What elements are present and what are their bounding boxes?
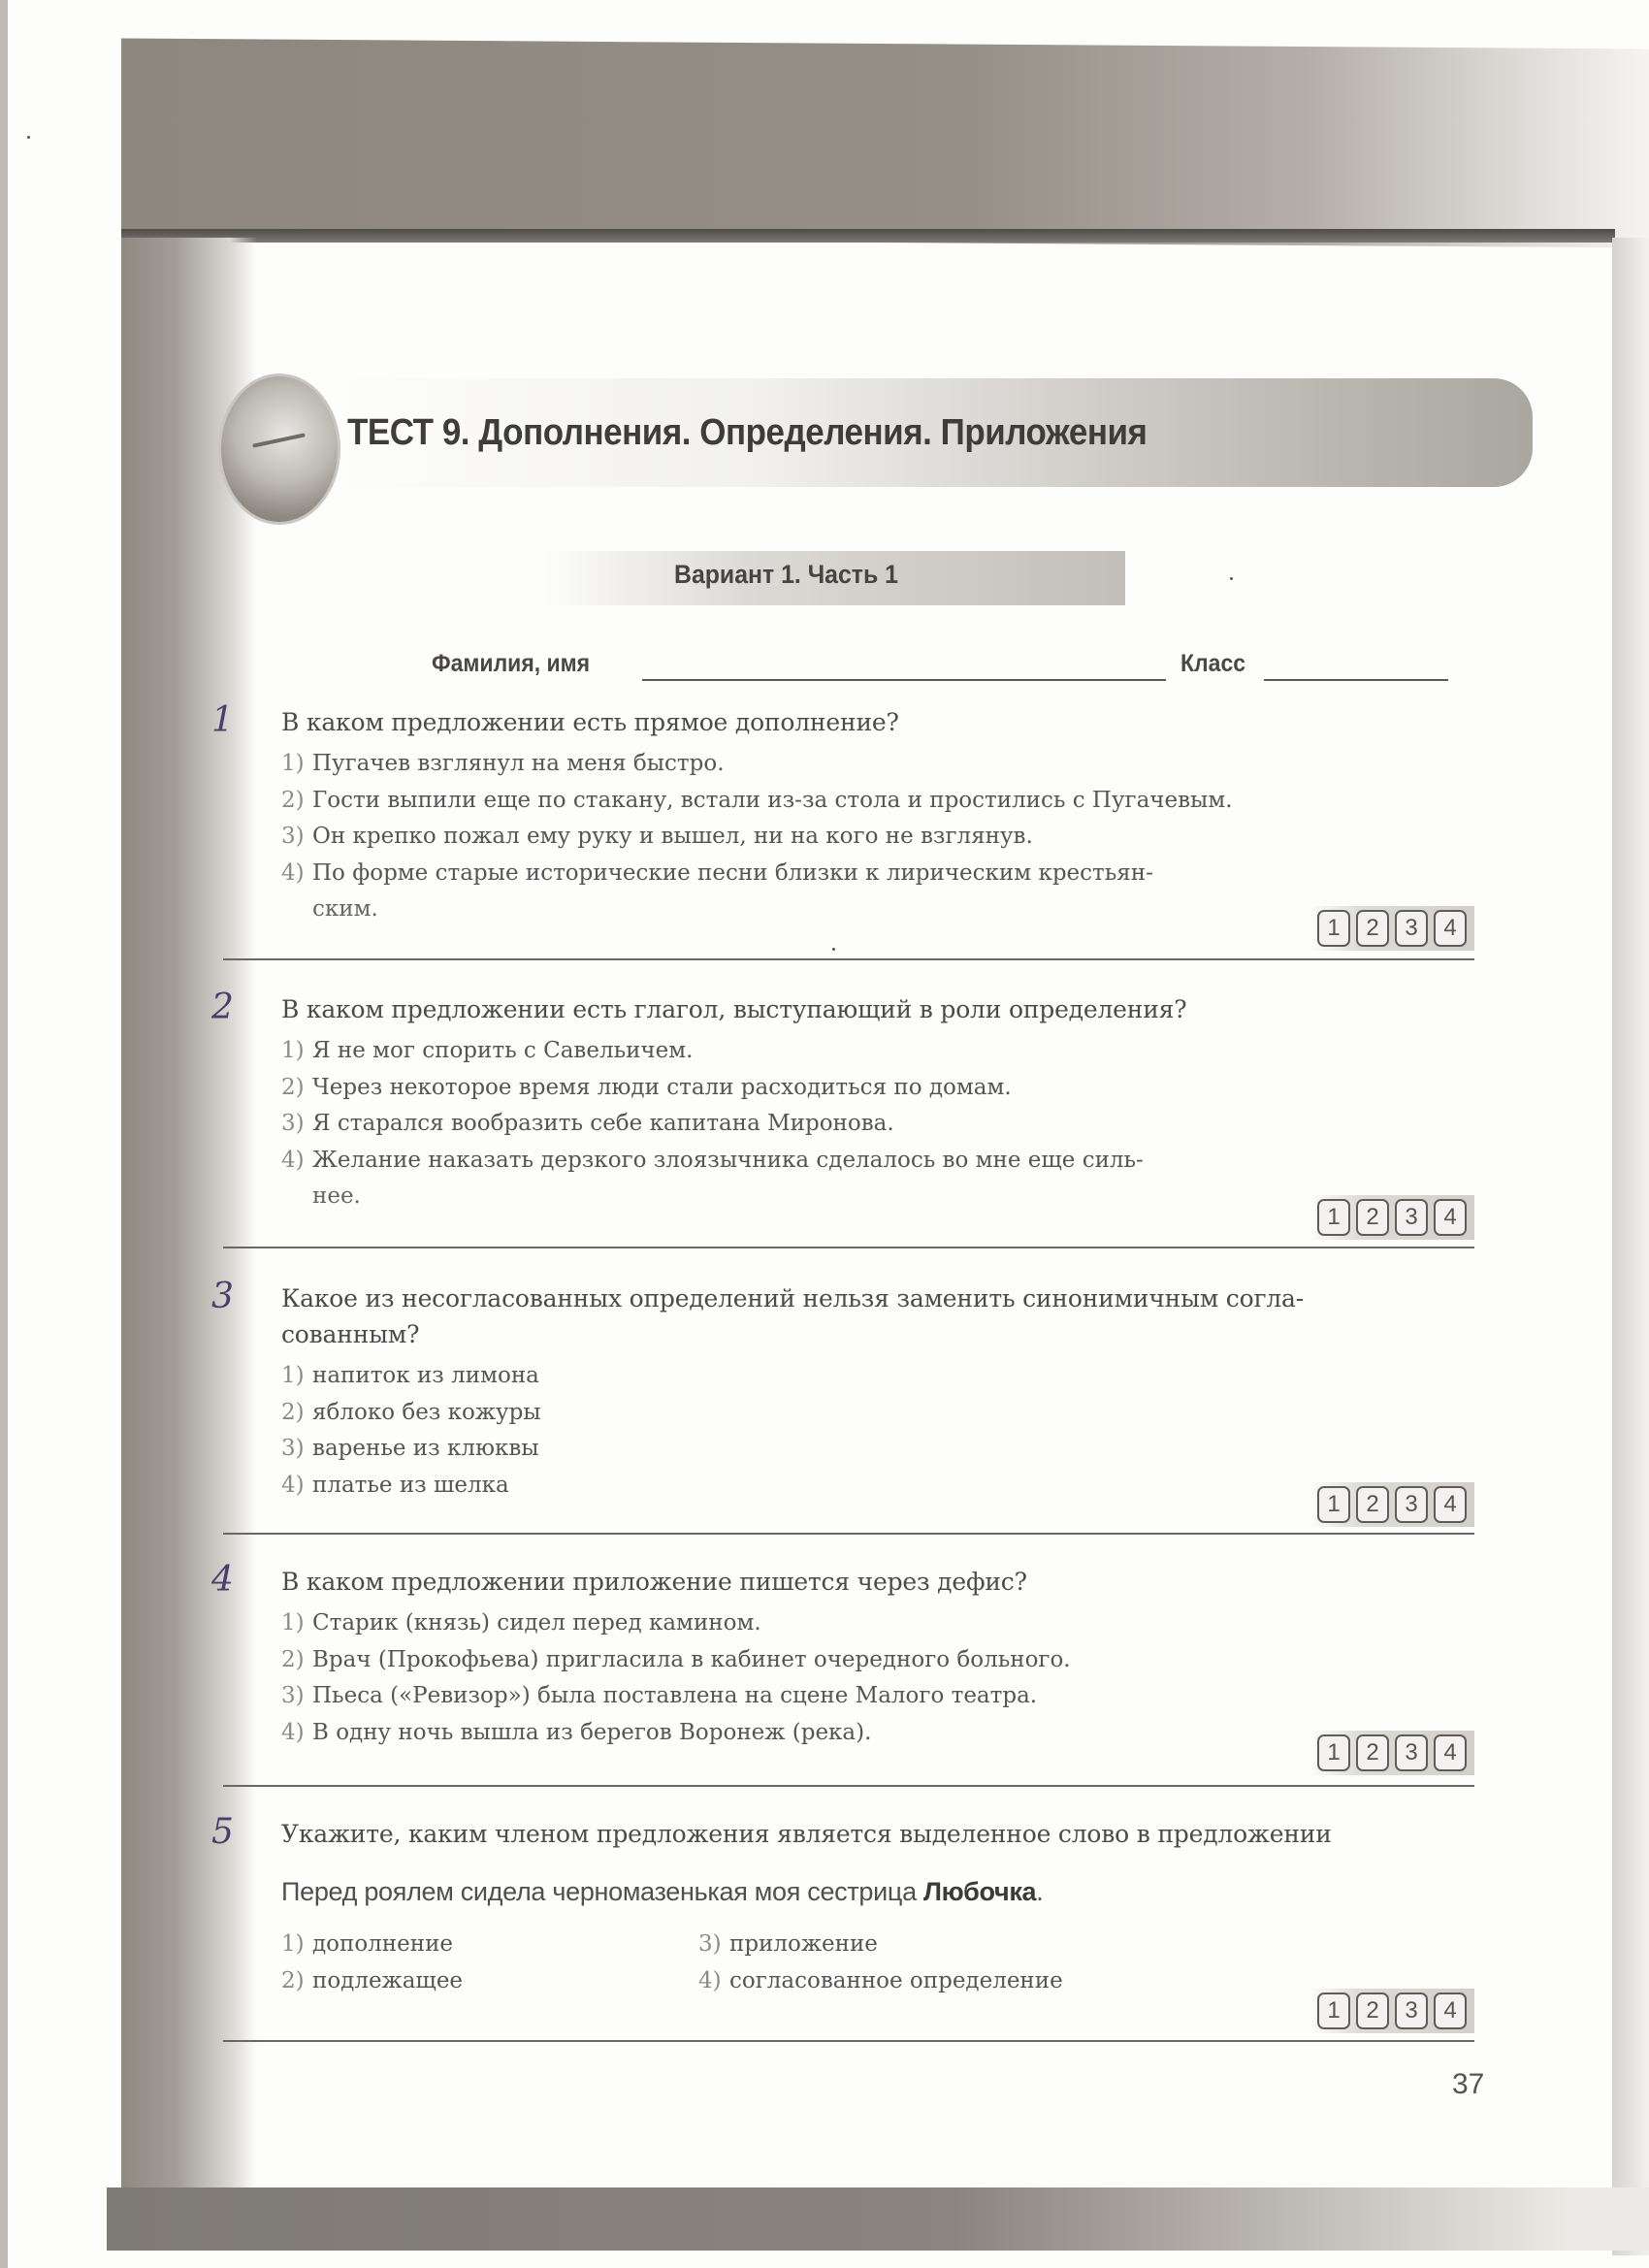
question-5: 5 Укажите, каким членом предложения явля… [281,1816,1474,1999]
handwritten-number: 1 [211,700,234,740]
scan-edge [0,0,8,2268]
answer-box-3[interactable]: 3 [1395,1734,1428,1771]
answer-box-1[interactable]: 1 [1317,1734,1350,1771]
class-field[interactable] [1264,679,1448,681]
answer-boxes: 1 2 3 4 [1309,906,1474,951]
question-text: Укажите, каким членом предложения являет… [281,1816,1474,1852]
option-4[interactable]: 4)В одну ночь вышла из берегов Воронеж (… [281,1715,1474,1752]
scan-speck [832,948,835,951]
answer-box-1[interactable]: 1 [1317,1199,1350,1236]
option-4[interactable]: 4)согласованное определение [698,1963,1183,2000]
scan-shadow-bottom [107,2187,1649,2251]
answer-box-3[interactable]: 3 [1395,1486,1428,1523]
answer-box-4[interactable]: 4 [1434,1486,1467,1523]
answer-box-1[interactable]: 1 [1317,1993,1350,2029]
option-2[interactable]: 2)Врач (Прокофьева) пригласила в кабинет… [281,1642,1474,1679]
option-3[interactable]: 3)Пьеса («Ревизор») была поставлена на с… [281,1678,1474,1715]
scan-shadow-top [121,39,1649,248]
highlighted-word: Любочка [923,1877,1036,1906]
student-info-row: Фамилия, имя Класс [432,646,1450,685]
answer-box-1[interactable]: 1 [1317,1486,1350,1523]
question-1: 1 В каком предложении есть прямое дополн… [281,704,1474,928]
clock-icon [218,373,340,525]
divider [223,1785,1474,1787]
option-1[interactable]: 1)Старик (князь) сидел перед камином. [281,1605,1474,1642]
option-3[interactable]: 3)Он крепко пожал ему руку и вышел, ни н… [281,819,1474,856]
example-sentence: Перед роялем сидела черномазенькая моя с… [281,1877,1474,1907]
scan-shadow-right [1612,238,1649,2255]
answer-box-4[interactable]: 4 [1434,1734,1467,1771]
divider [223,1533,1474,1535]
question-4: 4 В каком предложении приложение пишется… [281,1564,1474,1751]
option-3[interactable]: 3)приложение [698,1927,1183,1963]
question-text: В каком предложении есть прямое дополнен… [281,704,1474,740]
name-label: Фамилия, имя [432,650,590,678]
handwritten-number: 4 [211,1560,234,1600]
question-2: 2 В каком предложении есть глагол, высту… [281,991,1474,1215]
scan-speck [27,136,30,139]
option-1[interactable]: 1)Пугачев взглянул на меня быстро. [281,746,1474,783]
option-1[interactable]: 1)напиток из лимона [281,1358,1474,1395]
answer-boxes: 1 2 3 4 [1309,1195,1474,1240]
answer-box-1[interactable]: 1 [1317,910,1350,947]
test-title: ТЕСТ 9. Дополнения. Определения. Приложе… [347,412,1147,454]
question-text: В каком предложении приложение пишется ч… [281,1564,1474,1600]
question-text: Какое из несогласованных определений нел… [281,1280,1474,1316]
options-grid: 1)дополнение 3)приложение 2)подлежащее 4… [281,1927,1474,1999]
option-4[interactable]: 4)Желание наказать дерзкого злоязычника … [281,1143,1474,1180]
option-4-continuation: нее. [281,1179,1474,1215]
name-field[interactable] [642,679,1166,681]
option-2[interactable]: 2)Через некоторое время люди стали расхо… [281,1070,1474,1107]
answer-box-4[interactable]: 4 [1434,910,1467,947]
handwritten-number: 2 [211,988,234,1027]
variant-label: Вариант 1. Часть 1 [674,560,898,590]
question-3: 3 Какое из несогласованных определений н… [281,1280,1474,1504]
scan-shadow-left [121,238,257,2197]
divider [223,1247,1474,1248]
divider [223,958,1474,960]
divider [223,2040,1474,2042]
answer-box-2[interactable]: 2 [1356,1993,1389,2029]
scan-speck [1230,577,1233,580]
answer-boxes: 1 2 3 4 [1309,1731,1474,1775]
answer-box-3[interactable]: 3 [1395,1199,1428,1236]
question-text: В каком предложении есть глагол, выступа… [281,991,1474,1027]
answer-box-3[interactable]: 3 [1395,910,1428,947]
answer-box-4[interactable]: 4 [1434,1993,1467,2029]
option-4[interactable]: 4)По форме старые исторические песни бли… [281,856,1474,892]
answer-box-2[interactable]: 2 [1356,1734,1389,1771]
answer-box-2[interactable]: 2 [1356,910,1389,947]
option-1[interactable]: 1)дополнение [281,1927,698,1963]
option-1[interactable]: 1)Я не мог спорить с Савельичем. [281,1033,1474,1070]
answer-box-2[interactable]: 2 [1356,1486,1389,1523]
option-2[interactable]: 2)подлежащее [281,1963,698,2000]
option-2[interactable]: 2)яблоко без кожуры [281,1395,1474,1432]
option-2[interactable]: 2)Гости выпили еще по стакану, встали из… [281,783,1474,820]
option-4-continuation: ским. [281,891,1474,928]
handwritten-number: 5 [211,1812,234,1852]
answer-boxes: 1 2 3 4 [1309,1482,1474,1527]
option-3[interactable]: 3)варенье из клюквы [281,1431,1474,1468]
page-number: 37 [1452,2068,1484,2101]
answer-box-4[interactable]: 4 [1434,1199,1467,1236]
class-label: Класс [1180,650,1245,678]
answer-box-2[interactable]: 2 [1356,1199,1389,1236]
option-4[interactable]: 4)платье из шелка [281,1468,1474,1505]
handwritten-number: 3 [211,1277,234,1316]
answer-boxes: 1 2 3 4 [1309,1989,1474,2033]
answer-box-3[interactable]: 3 [1395,1993,1428,2029]
question-text-continuation: сованным? [281,1316,1474,1352]
option-3[interactable]: 3)Я старался вообразить себе капитана Ми… [281,1106,1474,1143]
